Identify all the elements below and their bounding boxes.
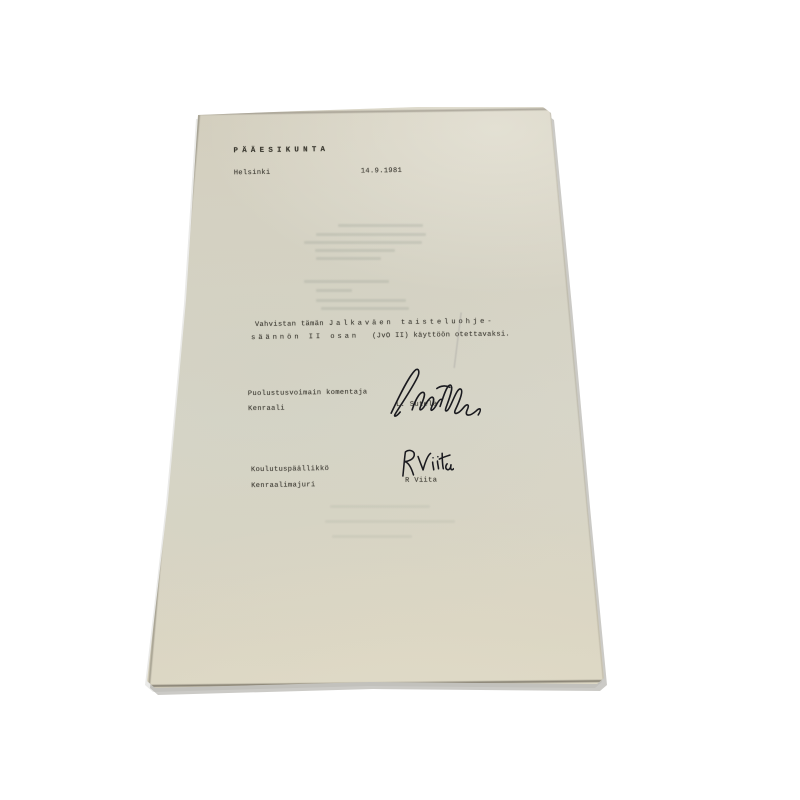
document-content: PÄÄESIKUNTA Helsinki 14.9.1981 Vahvistan… (0, 0, 800, 800)
header-date: 14.9.1981 (361, 167, 403, 176)
approval-line2-normal: (JvO II) käyttöön otettavaksi. (372, 330, 510, 340)
header-city: Helsinki (234, 169, 271, 178)
approval-line1-normal: Vahvistan tämän (255, 320, 324, 329)
photo-frame: PÄÄESIKUNTA Helsinki 14.9.1981 Vahvistan… (0, 0, 800, 800)
organization-name: PÄÄESIKUNTA (233, 146, 329, 156)
approval-line-2: säännön II osan(JvO II) käyttöön otettav… (251, 330, 510, 342)
signatory1-rank: Kenraali (248, 405, 285, 414)
sutela-signature (384, 364, 487, 419)
approval-line2-spaced: säännön II osan (251, 333, 359, 343)
approval-line1-spaced: Jalkaväen taisteluohje- (329, 318, 495, 328)
viita-signature (398, 447, 454, 479)
signatory1-title: Puolustusvoimain komentaja (248, 388, 368, 398)
signatory2-rank: Kenraalimajuri (251, 481, 316, 490)
signatory2-title: Koulutuspäällikkö (251, 465, 329, 474)
